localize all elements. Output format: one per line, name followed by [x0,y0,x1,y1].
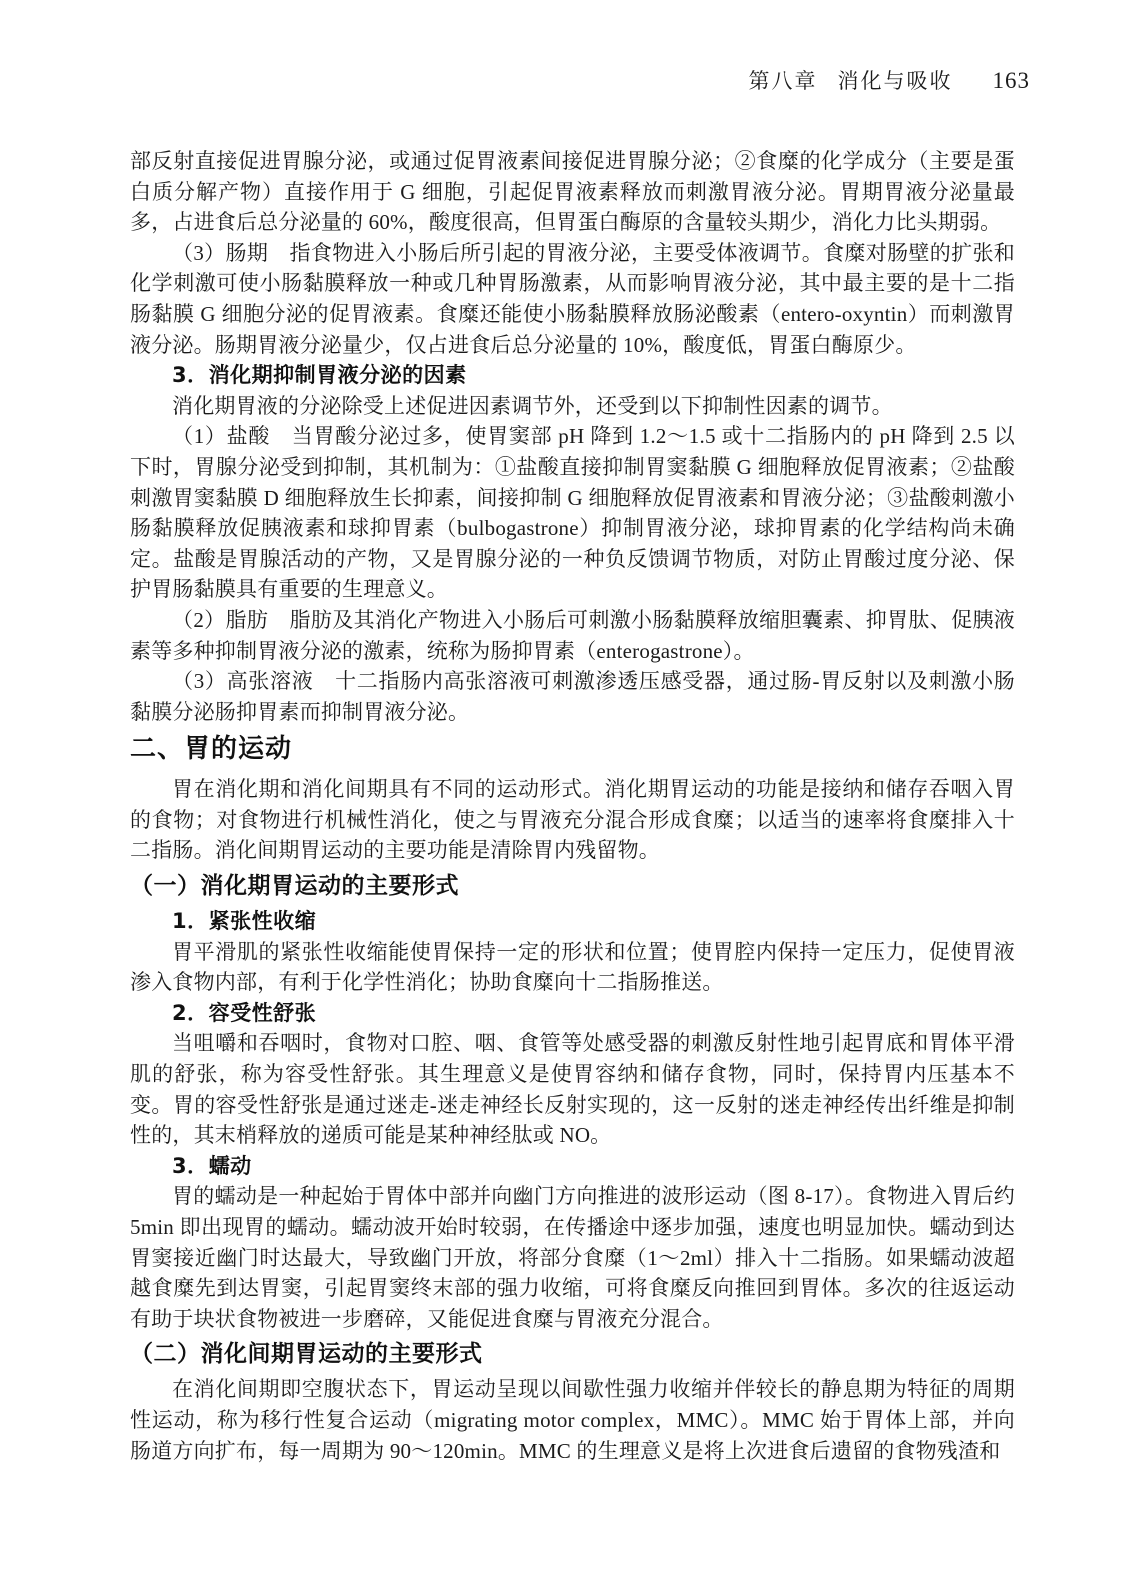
heading-gastric-motility: 二、胃的运动 [130,730,1015,768]
paragraph-hydrochloric-acid: （1）盐酸 当胃酸分泌过多，使胃窦部 pH 降到 1.2～1.5 或十二指肠内的… [130,421,1015,605]
chapter-label: 第八章 [749,69,818,93]
page-header: 第八章消化与吸收163 [130,68,1030,94]
heading-inhibitory-factors: 3．消化期抑制胃液分泌的因素 [130,360,1015,391]
heading-digestive-period-forms: （一）消化期胃运动的主要形式 [130,868,1015,904]
paragraph-peristalsis: 胃的蠕动是一种起始于胃体中部并向幽门方向推进的波形运动（图 8-17）。食物进入… [130,1181,1015,1334]
page-number: 163 [993,68,1031,93]
paragraph-hypertonic-solution: （3）高张溶液 十二指肠内高张溶液可刺激渗透压感受器，通过肠-胃反射以及刺激小肠… [130,666,1015,727]
paragraph-motility-overview: 胃在消化期和消化间期具有不同的运动形式。消化期胃运动的功能是接纳和储存吞咽入胃的… [130,774,1015,866]
heading-tonic-contraction: 1．紧张性收缩 [130,906,1015,937]
heading-interdigestive-forms: （二）消化间期胃运动的主要形式 [130,1336,1015,1372]
paragraph-mmc: 在消化间期即空腹状态下，胃运动呈现以间歇性强力收缩并伴较长的静息期为特征的周期性… [130,1374,1015,1466]
textbook-page: 第八章消化与吸收163 部反射直接促进胃腺分泌，或通过促胃液素间接促进胃腺分泌；… [0,0,1127,1570]
page-body: 部反射直接促进胃腺分泌，或通过促胃液素间接促进胃腺分泌；②食糜的化学成分（主要是… [130,146,1015,1466]
paragraph-receptive-relaxation: 当咀嚼和吞咽时，食物对口腔、咽、食管等处感受器的刺激反射性地引起胃底和胃体平滑肌… [130,1028,1015,1150]
paragraph-gastric-phase-end: 部反射直接促进胃腺分泌，或通过促胃液素间接促进胃腺分泌；②食糜的化学成分（主要是… [130,146,1015,238]
paragraph-fat: （2）脂肪 脂肪及其消化产物进入小肠后可刺激小肠黏膜释放缩胆囊素、抑胃肽、促胰液… [130,605,1015,666]
chapter-title: 消化与吸收 [838,69,953,93]
heading-peristalsis: 3．蠕动 [130,1151,1015,1182]
paragraph-tonic-contraction: 胃平滑肌的紧张性收缩能使胃保持一定的形状和位置；使胃腔内保持一定压力，促使胃液渗… [130,937,1015,998]
paragraph-inhibitory-intro: 消化期胃液的分泌除受上述促进因素调节外，还受到以下抑制性因素的调节。 [130,391,1015,422]
heading-receptive-relaxation: 2．容受性舒张 [130,998,1015,1029]
paragraph-intestinal-phase: （3）肠期 指食物进入小肠后所引起的胃液分泌，主要受体液调节。食糜对肠壁的扩张和… [130,238,1015,360]
